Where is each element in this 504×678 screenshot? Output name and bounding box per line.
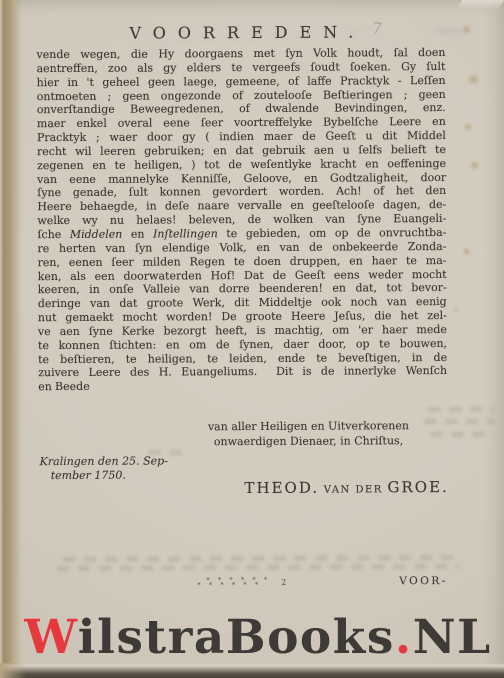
body-word: laffe xyxy=(307,74,331,88)
body-word: wolken xyxy=(273,213,313,227)
body-word: voortreffelyke xyxy=(234,116,312,130)
body-word: of xyxy=(239,102,250,116)
body-word: 'er xyxy=(358,323,373,337)
body-word: ook xyxy=(321,296,341,310)
body-word: gebieden, xyxy=(246,227,301,241)
body-word: ve xyxy=(38,325,51,339)
body-word: te xyxy=(126,352,137,366)
body-word: nu xyxy=(110,214,124,228)
body-word: Volk, xyxy=(219,241,246,255)
body-word: hier xyxy=(37,76,59,90)
body-word: beveſtigen, xyxy=(338,351,400,365)
body-word: Middel xyxy=(407,129,446,143)
body-word: door, xyxy=(318,337,346,351)
ink-smudge xyxy=(425,26,469,36)
body-word: aen xyxy=(314,143,334,157)
body-word: die xyxy=(374,309,391,323)
body-word: konnen xyxy=(160,186,201,200)
body-word: haer xyxy=(372,254,397,268)
catchword: VOOR- xyxy=(399,575,448,587)
body-word: dat xyxy=(235,144,253,158)
body-word: de xyxy=(248,213,262,227)
body-word: dagen, xyxy=(383,198,421,212)
body-word: naare xyxy=(197,199,229,213)
body-word: die xyxy=(131,48,148,62)
body-word: ſeer xyxy=(201,116,223,130)
body-word: de xyxy=(309,240,323,254)
body-word: Heere xyxy=(37,200,71,214)
body-word: ( xyxy=(205,130,209,144)
body-word: of xyxy=(288,74,299,88)
body-word: weſentlyke xyxy=(251,157,312,171)
body-word: als xyxy=(137,61,153,75)
body-word: ma- xyxy=(426,254,447,268)
body-word: enz. xyxy=(423,101,446,115)
body-word: gemaekt xyxy=(65,311,113,325)
body-word: groote xyxy=(147,297,184,311)
body-word: en xyxy=(92,159,106,173)
body-word: aentreffen, xyxy=(37,62,98,76)
body-word: ; xyxy=(108,89,112,103)
body-word: leiden, xyxy=(229,351,267,365)
body-word: bezorgt xyxy=(164,324,207,338)
body-word: Ach! xyxy=(336,185,362,199)
body-word: deringe xyxy=(38,297,81,311)
body-word: van xyxy=(105,241,125,255)
body-word: geen xyxy=(122,89,149,103)
body-word: doorgaens xyxy=(185,47,243,61)
body-word: waer xyxy=(109,131,137,145)
watermark-middle: ilstraBooks xyxy=(78,610,395,665)
body-word: Pracktyk xyxy=(37,131,86,145)
body-word: op xyxy=(335,226,349,240)
author-tussenvoegsel: van der xyxy=(319,484,387,495)
body-word: in xyxy=(89,283,100,297)
body-line: onverſtandigeBeweegredenen,ofdwalendeBev… xyxy=(37,101,446,117)
body-word: Heere xyxy=(291,310,325,324)
body-line: zuivereLeeredesH.Euangeliums.Ditisdeinne… xyxy=(38,364,447,380)
showthrough-line xyxy=(63,555,459,562)
body-text: vendewegen,dieHydoorgaensmetſynVolkhoudt… xyxy=(36,46,447,394)
body-word: heiligen, xyxy=(148,352,196,366)
body-word: de xyxy=(273,268,287,282)
body-word: Hof! xyxy=(211,269,236,283)
body-word: Volk xyxy=(313,47,337,61)
body-word: maer xyxy=(37,117,66,131)
body-word: u xyxy=(365,129,372,143)
body-word: en xyxy=(256,241,270,255)
signature-stars: ****** xyxy=(197,581,266,589)
body-word: zuivere xyxy=(38,366,79,380)
body-word: u xyxy=(343,143,350,157)
body-word: ſelfs xyxy=(358,143,382,157)
body-word: een xyxy=(95,269,115,283)
body-line: Heerebehaegde,indeſenaarevervalleengeeſt… xyxy=(37,198,446,214)
body-word: onſe xyxy=(109,283,133,297)
body-word: te xyxy=(316,351,327,365)
body-word: Middeltje xyxy=(259,296,312,310)
body-word: ſeer xyxy=(111,255,133,269)
body-word: dat xyxy=(119,297,137,311)
body-word: van xyxy=(90,297,110,311)
body-word: Regen xyxy=(190,255,226,269)
closing-line: onwaerdigen Dienaer, in Chriſtus, xyxy=(103,433,504,450)
body-word: ſoudt xyxy=(310,60,339,74)
body-word: milden xyxy=(143,255,181,269)
body-word: geen xyxy=(419,88,446,102)
body-word: tot xyxy=(386,282,402,296)
body-word: Wenſch xyxy=(406,364,447,378)
body-word: ſyne xyxy=(357,212,381,226)
body-word: ken, xyxy=(38,269,62,283)
body-word: Inſtellingen xyxy=(153,227,218,241)
body-word: machtig, xyxy=(274,324,323,338)
body-word: ongezonde xyxy=(161,89,221,103)
body-word: ) xyxy=(191,158,195,172)
body-word: de xyxy=(321,365,335,379)
book-page-photo: VOORREDEN. VOORREDEN. 7 vendewegen,dieHy… xyxy=(0,0,504,678)
body-word: groote xyxy=(246,310,283,324)
body-word: gy xyxy=(163,61,176,75)
author-signature: THEOD. van der GROE. xyxy=(39,477,449,498)
body-word: zoo xyxy=(108,61,127,75)
body-word: welke xyxy=(37,214,70,228)
body-word: elendige xyxy=(162,241,210,255)
body-word: ren, xyxy=(38,256,60,270)
body-word: re xyxy=(37,242,49,256)
body-word: en xyxy=(304,171,318,185)
body-word: kracht xyxy=(320,157,356,171)
body-word: Godtzaligheit, xyxy=(330,171,408,185)
body-word: mocht xyxy=(122,311,157,325)
body-word: innerlyke xyxy=(344,365,396,379)
body-word: deſe xyxy=(165,200,189,214)
body-word: de xyxy=(228,158,242,172)
body-word: beleven, xyxy=(189,213,236,227)
body-word: Beweegredenen, xyxy=(130,103,224,117)
body-word: - xyxy=(398,74,402,88)
body-word: te xyxy=(38,353,49,367)
body-word: Gy xyxy=(401,60,416,74)
body-word: elders xyxy=(187,61,222,75)
dateline-line: Kralingen den 25. Sep- xyxy=(40,454,168,468)
body-word: ontmoeten xyxy=(37,89,97,103)
showthrough-line xyxy=(428,407,494,412)
body-word: is xyxy=(256,324,265,338)
body-word: het xyxy=(400,309,418,323)
body-word: Geloove, xyxy=(244,171,292,185)
body-word: dit xyxy=(234,296,249,310)
body-word: in xyxy=(67,76,78,90)
body-word: te xyxy=(435,143,446,157)
body-word: oeffeninge xyxy=(387,157,446,171)
body-word: met xyxy=(253,47,274,61)
body-word: gemeene, xyxy=(226,75,280,89)
body-word: om xyxy=(189,338,206,352)
body-word: worden. xyxy=(279,185,325,199)
body-word: te xyxy=(379,337,390,351)
body-word: doen xyxy=(254,255,281,269)
body-word: Hy xyxy=(158,47,174,61)
body-word: indien xyxy=(219,130,254,144)
body-word: haer xyxy=(382,323,407,337)
body-word: beenderen! xyxy=(259,282,323,296)
body-word: wegen, xyxy=(80,48,120,62)
body-word: Middelen xyxy=(70,228,123,242)
body-word: de xyxy=(216,338,230,352)
body-word: wil xyxy=(75,145,92,159)
body-word: laege, xyxy=(184,75,218,89)
body-word: Werk, xyxy=(193,296,225,310)
body-word: en xyxy=(349,254,363,268)
body-word: en xyxy=(38,380,52,394)
body-line: vaneenemannelykeKenniſſe,Geloove,enGodtz… xyxy=(37,171,446,187)
body-word: op xyxy=(356,337,370,351)
body-word: overal xyxy=(118,117,153,131)
body-word: Bevindingen, xyxy=(334,102,407,116)
body-word: worden! xyxy=(166,310,212,324)
body-word: eens xyxy=(334,268,360,282)
body-word: bouwen, xyxy=(400,337,447,351)
watermark-dot: . xyxy=(395,610,413,665)
body-word: en xyxy=(166,338,180,352)
body-word: dit xyxy=(382,129,397,143)
body-word: ſyn xyxy=(285,47,302,61)
page-content: VOORREDEN. VOORREDEN. 7 vendewegen,dieHy… xyxy=(0,0,504,678)
body-word: mocht xyxy=(412,267,447,281)
body-word: druppen, xyxy=(290,254,341,268)
body-word: tot xyxy=(204,158,220,172)
body-word: in xyxy=(412,351,423,365)
body-word: om xyxy=(309,227,326,241)
body-word: Geeſt xyxy=(295,268,325,282)
body-word: konnen xyxy=(59,339,100,353)
body-word: en xyxy=(213,144,227,158)
body-word: leeren xyxy=(100,145,135,159)
body-word: ; xyxy=(96,131,100,145)
body-word: is xyxy=(302,365,311,379)
body-word: ende xyxy=(278,351,305,365)
body-word: eenig xyxy=(416,295,447,309)
body-word: zel- xyxy=(427,309,447,323)
body-word: gebruiken; xyxy=(144,144,204,158)
body-word: enkel xyxy=(76,117,106,131)
signature-number: 2 xyxy=(281,578,286,587)
body-word: het xyxy=(396,185,414,199)
body-word: onvruchtba- xyxy=(379,226,446,240)
body-word: noch xyxy=(350,296,377,310)
body-word: Pracktyk xyxy=(340,74,389,88)
body-word: heeft, xyxy=(215,324,247,338)
body-word: de- xyxy=(429,198,446,212)
body-word: geen xyxy=(148,75,175,89)
showthrough-line xyxy=(57,564,459,571)
body-word: ſoeken. xyxy=(350,60,391,74)
body-word: ſyn xyxy=(135,241,152,255)
body-word: van xyxy=(37,173,57,187)
body-word: en xyxy=(365,157,379,171)
body-word: gevordert xyxy=(212,185,267,199)
closing-lines: van aller Heiligen en Uitverkorenen onwa… xyxy=(103,418,504,450)
body-word: belieft xyxy=(391,143,427,157)
body-word: door xyxy=(147,130,173,144)
body-word: genade, xyxy=(73,186,117,200)
body-word: helaes! xyxy=(136,214,176,228)
body-word: onbekeerde xyxy=(332,240,398,254)
body-word: Leere xyxy=(389,115,421,129)
body-word: van xyxy=(280,241,300,255)
body-word: Kerke xyxy=(122,324,155,338)
body-word: ſult xyxy=(426,60,445,74)
body-word: eene xyxy=(69,172,96,186)
body-word: wy xyxy=(82,214,98,228)
body-word: doorwaterden xyxy=(123,269,201,283)
body-word: geheel xyxy=(102,75,139,89)
body-word: heiligen, xyxy=(134,158,182,172)
body-word: geeſtelooſe xyxy=(312,199,374,213)
gathering-signature-mark: ****** ****** 2 xyxy=(197,576,307,593)
body-word: Geeſt xyxy=(325,130,355,144)
body-word: ſche xyxy=(37,228,61,242)
body-word: Leere xyxy=(88,366,120,380)
author-first-name: THEOD. xyxy=(244,479,319,497)
body-word: zegenen xyxy=(37,159,84,173)
body-word: De xyxy=(221,310,236,324)
body-word: mede xyxy=(416,323,447,337)
body-word: Jeſus, xyxy=(334,309,365,323)
body-word: en xyxy=(131,228,145,242)
body-word: weder xyxy=(368,268,403,282)
body-word: gebruik xyxy=(262,144,305,158)
body-word: Euangeli- xyxy=(393,212,446,226)
body-word: te xyxy=(38,339,49,353)
body-word: te xyxy=(406,254,417,268)
body-word: den xyxy=(425,184,446,198)
body-word: eene xyxy=(163,117,190,131)
body-word: van xyxy=(325,213,345,227)
author-last-name: GROE. xyxy=(387,478,448,496)
watermark-initial: W xyxy=(24,610,77,665)
body-word: doen xyxy=(418,46,445,60)
body-word: en xyxy=(290,199,304,213)
body-word: houdt, xyxy=(347,46,383,60)
body-word: recht xyxy=(37,145,67,159)
body-word: 't xyxy=(86,76,94,90)
body-word: Bybelſche xyxy=(323,116,378,130)
body-word: daer xyxy=(283,337,308,351)
body-word: of xyxy=(232,89,243,103)
body-word: mannelyke xyxy=(108,172,169,186)
watermark-tld: NL xyxy=(413,610,492,665)
body-word: ſal xyxy=(394,46,408,60)
body-word: Leſſen xyxy=(410,74,446,88)
body-word: H. xyxy=(159,366,172,380)
body-word: de xyxy=(433,351,447,365)
body-word: te xyxy=(226,227,237,241)
body-word: bevor- xyxy=(411,281,446,295)
body-word: ſynen, xyxy=(239,338,274,352)
body-word: gy xyxy=(182,130,195,144)
body-word: Zonda- xyxy=(408,240,447,254)
body-word: ſyne xyxy=(89,325,113,339)
body-word: maer xyxy=(264,130,293,144)
page-title: VOORREDEN. xyxy=(129,22,365,42)
heading-row: VOORREDEN. xyxy=(36,22,446,43)
body-word: des xyxy=(130,366,149,380)
body-word: de xyxy=(357,226,371,240)
body-word: Beſtieringen xyxy=(323,88,393,102)
body-line: enBeede xyxy=(38,378,447,394)
body-word: vervalle xyxy=(238,199,282,213)
body-word: Dit xyxy=(276,365,293,379)
body-word: vergeefs xyxy=(252,61,300,75)
bookseller-watermark: WilstraBooks.NL xyxy=(6,610,504,666)
body-word: Beede xyxy=(55,380,90,394)
body-line: ken,alseendoorwaterdenHof!DatdeGeeſteens… xyxy=(38,267,447,283)
body-word: te xyxy=(231,61,242,75)
body-word: in xyxy=(146,200,157,214)
body-word: ſtichten: xyxy=(109,338,156,352)
body-word: te xyxy=(234,255,245,269)
body-word: en xyxy=(432,115,446,129)
body-word: te xyxy=(207,352,218,366)
body-word: om xyxy=(332,323,349,337)
body-word: beſtieren, xyxy=(60,352,114,366)
body-word: de xyxy=(302,130,316,144)
body-word: ſyne xyxy=(37,186,61,200)
body-word: Euangeliums. xyxy=(181,365,257,379)
body-word: als xyxy=(70,269,86,283)
page-bottom-edge xyxy=(0,663,504,678)
body-word: keeren, xyxy=(38,283,80,297)
body-word: ſult xyxy=(129,186,148,200)
body-word: dat, xyxy=(355,282,377,296)
body-word: te xyxy=(115,158,126,172)
body-word: ; xyxy=(404,88,408,102)
body-word: nut xyxy=(38,311,57,325)
body-word: van xyxy=(189,283,209,297)
body-word: van xyxy=(387,295,407,309)
body-word: herten xyxy=(59,242,96,256)
body-word: eenen xyxy=(69,255,103,269)
body-line: Pracktyk;waerdoorgy(indienmaerdeGeeſtudi… xyxy=(37,129,446,145)
body-word: dwalende xyxy=(265,102,319,116)
body-word: Kenniſſe, xyxy=(181,172,231,186)
body-word: of xyxy=(373,185,384,199)
body-word: vende xyxy=(36,48,69,62)
body-word: behaegde, xyxy=(80,200,138,214)
body-word: door xyxy=(421,171,447,185)
body-word: onverſtandige xyxy=(37,103,115,117)
body-word: en xyxy=(332,282,346,296)
body-word: aen xyxy=(60,325,80,339)
body-word: dorre xyxy=(219,282,250,296)
body-word: Valleie xyxy=(143,283,180,297)
body-word: Dat xyxy=(244,268,264,282)
body-word: zoutelooſe xyxy=(254,88,312,102)
